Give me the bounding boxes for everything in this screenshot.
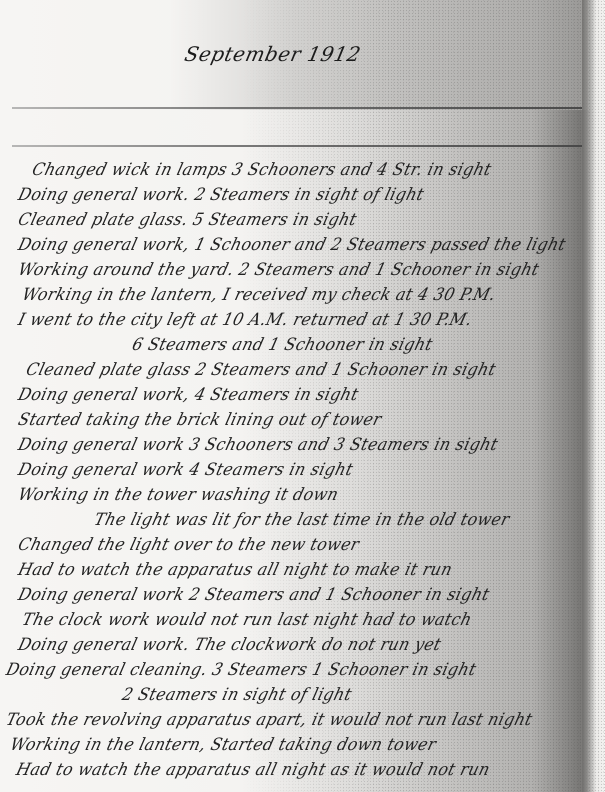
log-entry: Had to watch the apparatus all night to … xyxy=(16,560,454,580)
log-entry: Doing general work 3 Schooners and 3 Ste… xyxy=(16,435,500,455)
log-entry: The clock work would not run last night … xyxy=(20,610,474,630)
right-margin-rule xyxy=(582,0,588,792)
page-title: September 1912 xyxy=(182,42,363,66)
log-entry: Took the revolving apparatus apart, it w… xyxy=(4,710,534,730)
log-entry: Working in the lantern, I received my ch… xyxy=(20,285,498,305)
log-entry: Cleaned plate glass 2 Steamers and 1 Sch… xyxy=(24,360,498,380)
log-entry: Doing general work, 1 Schooner and 2 Ste… xyxy=(16,235,568,255)
log-entry: Changed wick in lamps 3 Schooners and 4 … xyxy=(30,160,493,180)
log-entry: Cleaned plate glass. 5 Steamers in sight xyxy=(16,210,359,230)
scanned-logbook-page: September 1912 Changed wick in lamps 3 S… xyxy=(0,0,605,792)
header-rule-bottom xyxy=(12,145,582,147)
log-entry: Started taking the brick lining out of t… xyxy=(16,410,384,430)
log-entry: Working in the lantern, Started taking d… xyxy=(8,735,438,755)
log-entry: Doing general work, 4 Steamers in sight xyxy=(16,385,361,405)
log-entry: Doing general work 4 Steamers in sight xyxy=(16,460,355,480)
log-entry: Doing general cleaning. 3 Steamers 1 Sch… xyxy=(4,660,478,680)
log-entry: I went to the city left at 10 A.M. retur… xyxy=(16,310,474,330)
header-rule-top xyxy=(12,107,582,109)
log-entry: Working around the yard. 2 Steamers and … xyxy=(16,260,541,280)
log-entry: 2 Steamers in sight of light xyxy=(120,685,354,705)
log-entry: 6 Steamers and 1 Schooner in sight xyxy=(130,335,435,355)
log-entry: Had to watch the apparatus all night as … xyxy=(14,760,492,780)
log-entry: Doing general work. The clockwork do not… xyxy=(16,635,443,655)
log-entry: Changed the light over to the new tower xyxy=(16,535,361,555)
log-entry: Doing general work. 2 Steamers in sight … xyxy=(16,185,426,205)
log-entry: Working in the tower washing it down xyxy=(16,485,341,505)
log-entry: The light was lit for the last time in t… xyxy=(92,510,512,530)
log-entry: Doing general work 2 Steamers and 1 Scho… xyxy=(16,585,492,605)
